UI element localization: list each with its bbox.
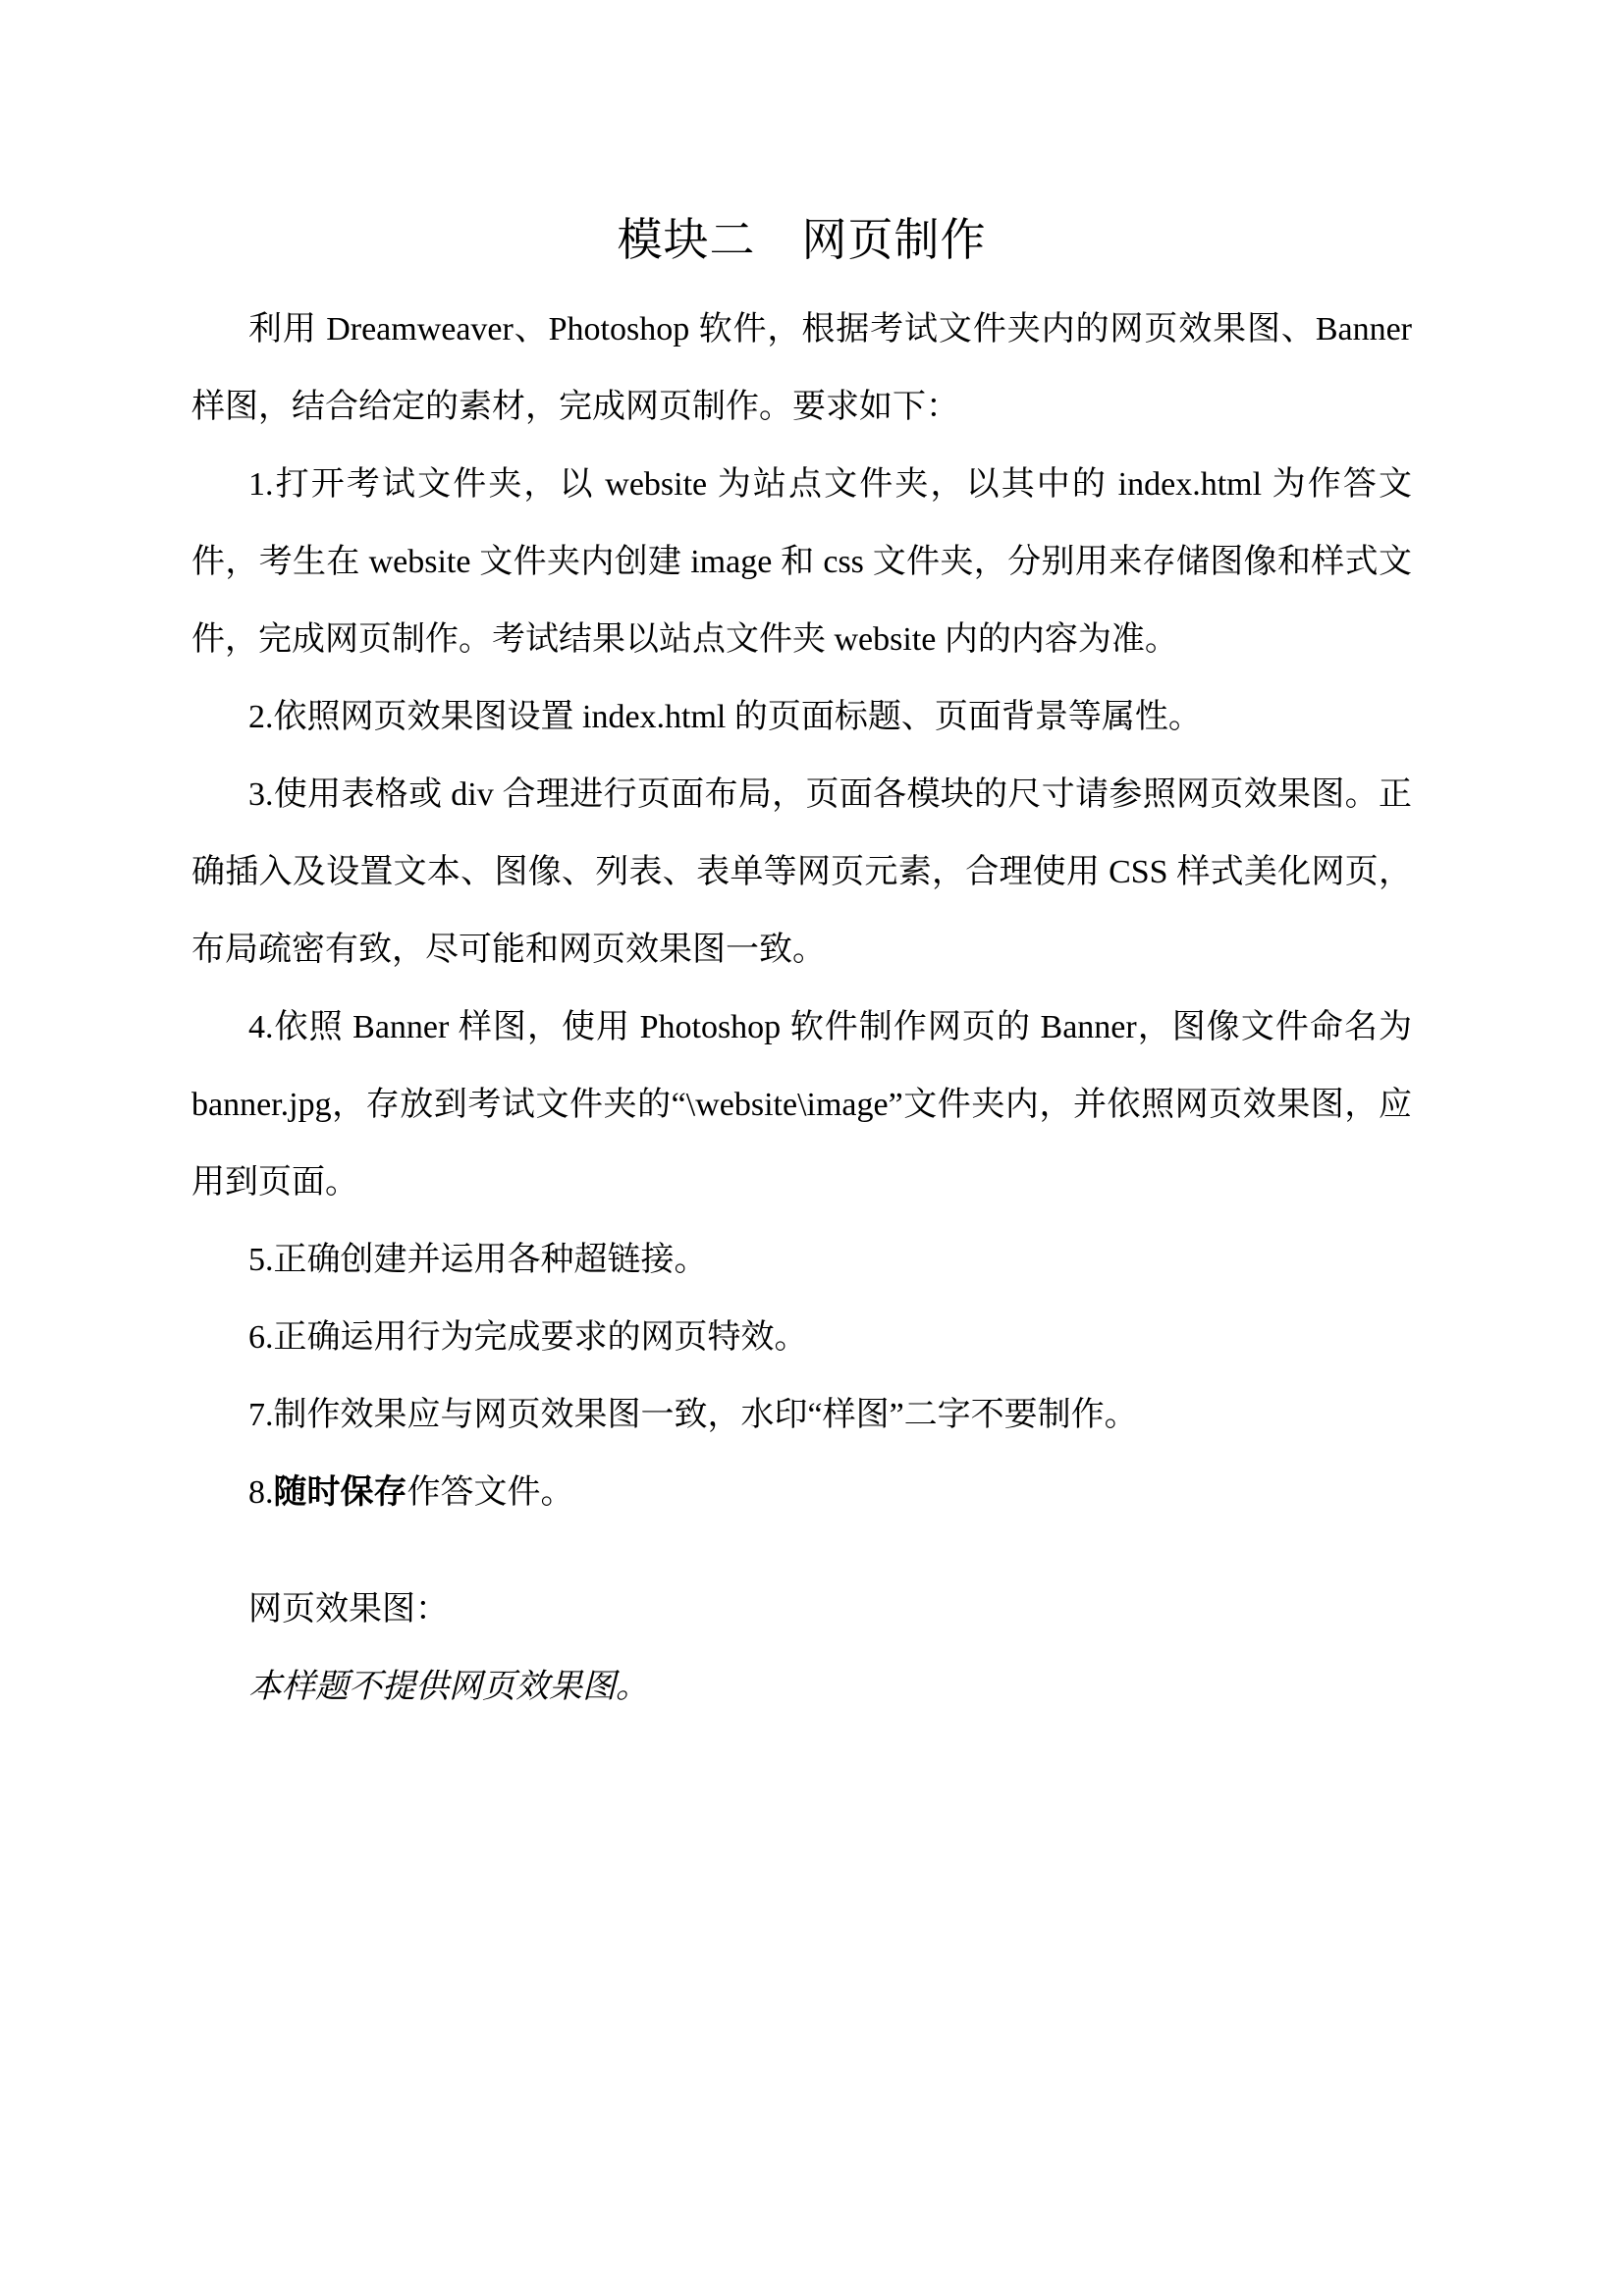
requirement-item-3: 3.使用表格或 div 合理进行页面布局，页面各模块的尺寸请参照网页效果图。正确… [191, 756, 1412, 988]
requirement-item-5: 5.正确创建并运用各种超链接。 [191, 1221, 1412, 1299]
requirement-item-8: 8.随时保存作答文件。 [191, 1454, 1412, 1531]
requirement-item-4: 4.依照 Banner 样图，使用 Photoshop 软件制作网页的 Bann… [191, 988, 1412, 1221]
item8-bold-text: 随时保存 [274, 1474, 407, 1511]
intro-paragraph: 利用 Dreamweaver、Photoshop 软件，根据考试文件夹内的网页效… [191, 291, 1412, 446]
item8-number: 8. [248, 1474, 274, 1511]
effect-figure-label: 网页效果图： [191, 1571, 1412, 1648]
item8-rest-text: 作答文件。 [407, 1474, 574, 1511]
requirement-item-2: 2.依照网页效果图设置 index.html 的页面标题、页面背景等属性。 [191, 678, 1412, 756]
page-title: 模块二 网页制作 [191, 211, 1412, 270]
effect-figure-note: 本样题不提供网页效果图。 [191, 1648, 1412, 1726]
requirement-item-1: 1.打开考试文件夹，以 website 为站点文件夹，以其中的 index.ht… [191, 446, 1412, 678]
document-page: 模块二 网页制作 利用 Dreamweaver、Photoshop 软件，根据考… [0, 0, 1624, 2296]
requirement-item-6: 6.正确运用行为完成要求的网页特效。 [191, 1299, 1412, 1376]
requirements-list: 1.打开考试文件夹，以 website 为站点文件夹，以其中的 index.ht… [191, 446, 1412, 1531]
requirement-item-7: 7.制作效果应与网页效果图一致，水印“样图”二字不要制作。 [191, 1376, 1412, 1454]
